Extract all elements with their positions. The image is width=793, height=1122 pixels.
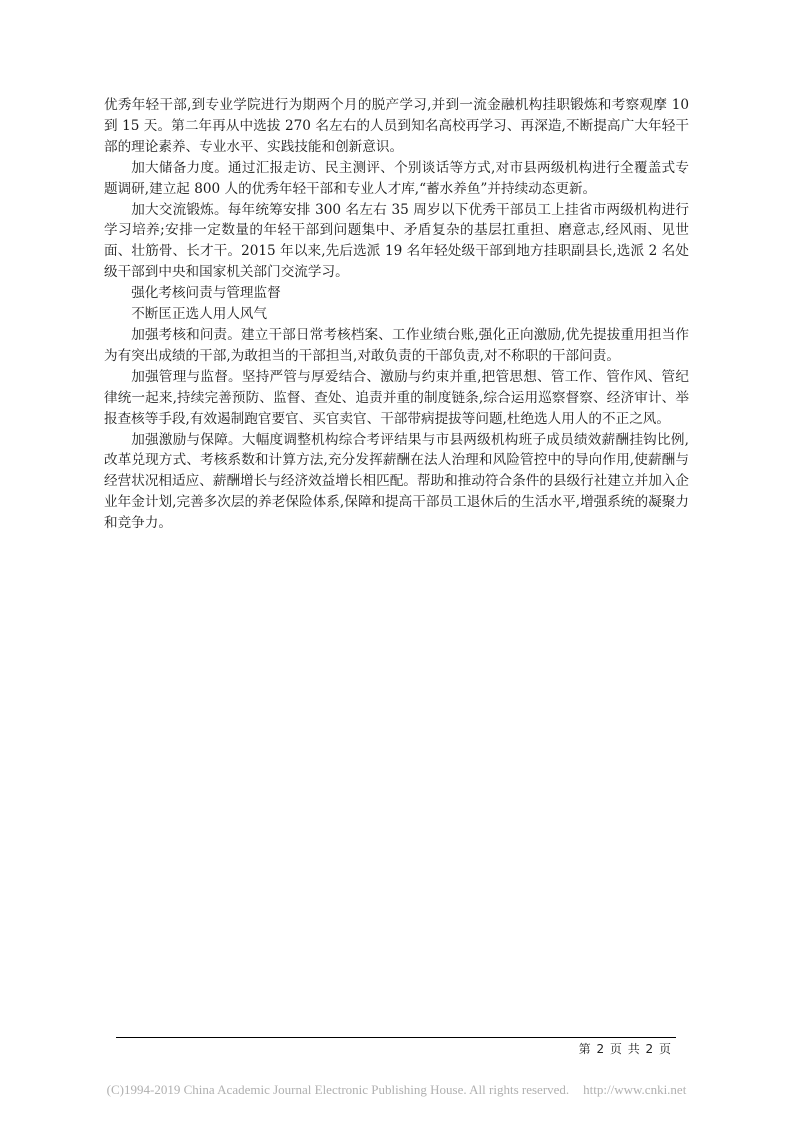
copyright-notice: (C)1994-2019 China Academic Journal Elec… (0, 1082, 793, 1098)
section-heading: 强化考核问责与管理监督 (104, 283, 689, 304)
paragraph: 加强激励与保障。大幅度调整机构综合考评结果与市县两级机构班子成员绩效薪酬挂钩比例… (104, 430, 689, 535)
paragraph: 优秀年轻干部,到专业学院进行为期两个月的脱产学习,并到一流金融机构挂职锻炼和考察… (104, 95, 689, 158)
paragraph: 加强管理与监督。坚持严管与厚爱结合、激励与约束并重,把管思想、管工作、管作风、管… (104, 367, 689, 430)
copyright-text: (C)1994-2019 China Academic Journal Elec… (107, 1082, 570, 1097)
page-number: 第 2 页 共 2 页 (579, 1040, 672, 1057)
paragraph: 加大储备力度。通过汇报走访、民主测评、个别谈话等方式,对市县两级机构进行全覆盖式… (104, 158, 689, 200)
document-body: 优秀年轻干部,到专业学院进行为期两个月的脱产学习,并到一流金融机构挂职锻炼和考察… (104, 95, 689, 534)
paragraph: 加大交流锻炼。每年统筹安排 300 名左右 35 周岁以下优秀干部员工上挂省市两… (104, 200, 689, 284)
paragraph: 加强考核和问责。建立干部日常考核档案、工作业绩台账,强化正向激励,优先提拔重用担… (104, 325, 689, 367)
footer-divider (116, 1037, 676, 1038)
section-subheading: 不断匡正选人用人风气 (104, 304, 689, 325)
cnki-link[interactable]: http://www.cnki.net (583, 1082, 686, 1097)
